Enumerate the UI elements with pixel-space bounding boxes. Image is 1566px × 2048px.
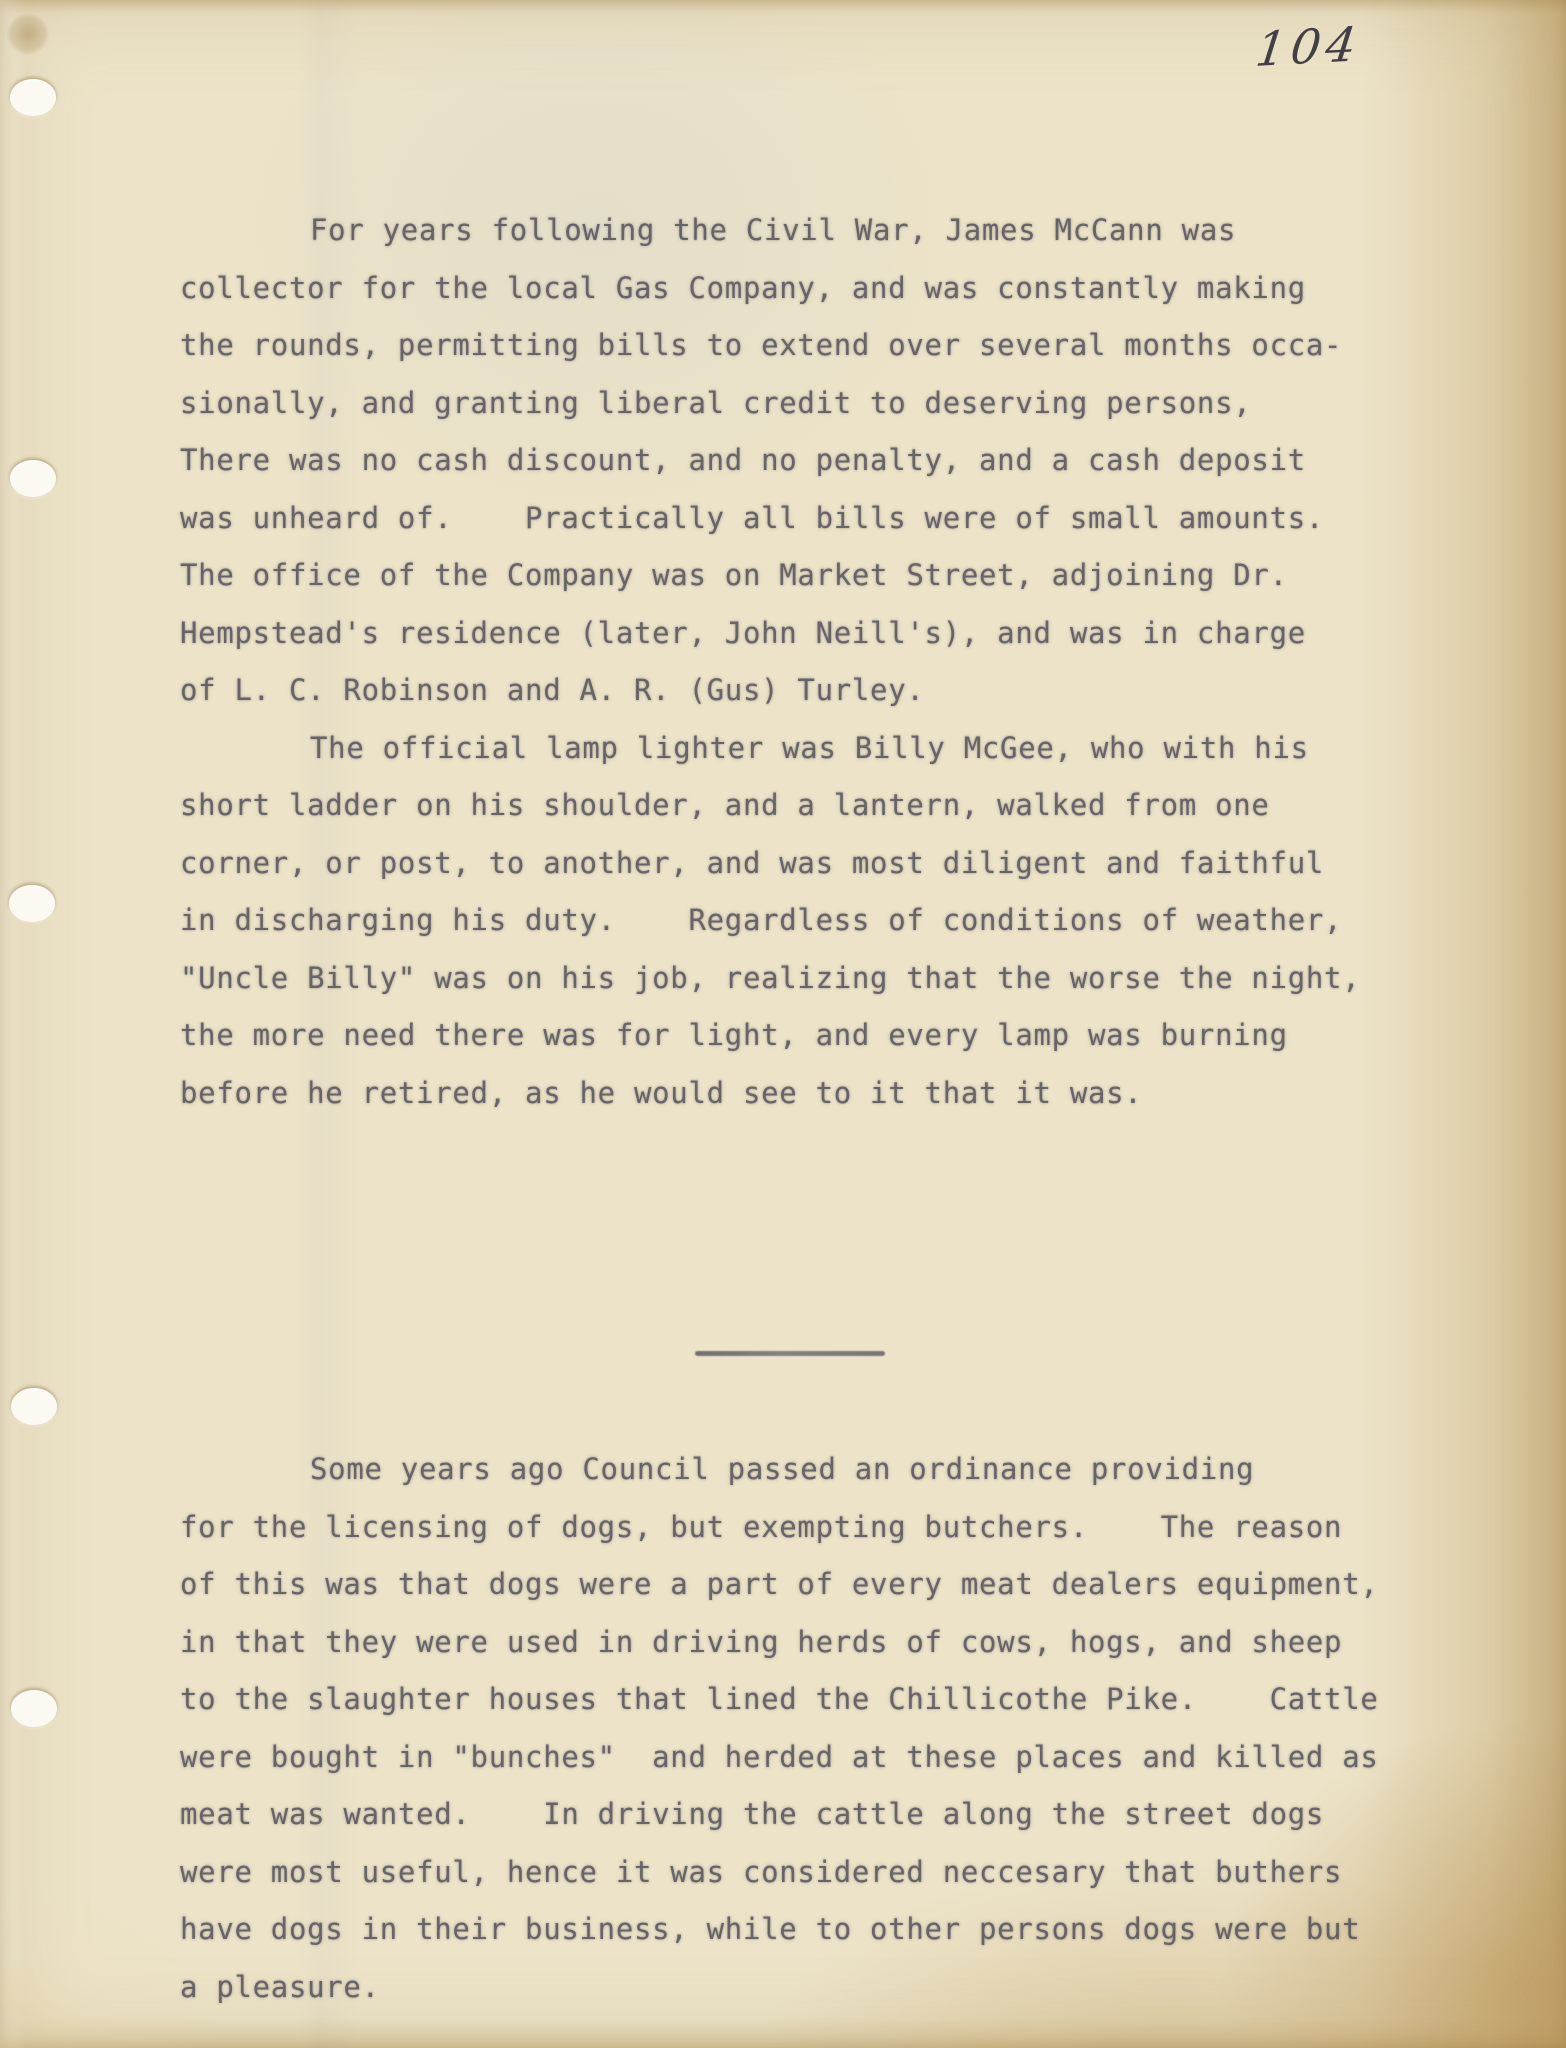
typed-line: for the licensing of dogs, but exempting…	[180, 1499, 1440, 1557]
typed-line: of L. C. Robinson and A. R. (Gus) Turley…	[180, 662, 1440, 720]
typed-line: the more need there was for light, and e…	[180, 1007, 1440, 1065]
typed-line: of this was that dogs were a part of eve…	[180, 1556, 1440, 1614]
typed-line: a pleasure.	[180, 1959, 1440, 2017]
document-page: 104 For years following the Civil War, J…	[0, 0, 1566, 2048]
typed-line: have dogs in their business, while to ot…	[180, 1901, 1440, 1959]
typed-line: before he retired, as he would see to it…	[180, 1065, 1440, 1123]
typed-line: sionally, and granting liberal credit to…	[180, 375, 1440, 433]
page-number: 104	[1253, 17, 1364, 78]
typed-line: to the slaughter houses that lined the C…	[180, 1671, 1440, 1729]
section-divider	[695, 1351, 885, 1356]
typed-text-upper: For years following the Civil War, James…	[180, 202, 1440, 1122]
typed-line: Some years ago Council passed an ordinan…	[180, 1441, 1440, 1499]
punch-hole	[9, 885, 55, 922]
typed-line: in discharging his duty. Regardless of c…	[180, 892, 1440, 950]
typed-line: There was no cash discount, and no penal…	[180, 432, 1440, 490]
typed-line: were most useful, hence it was considere…	[180, 1844, 1440, 1902]
typed-line: "Uncle Billy" was on his job, realizing …	[180, 950, 1440, 1008]
typed-line: was unheard of. Practically all bills we…	[180, 490, 1440, 548]
punch-hole	[11, 1690, 57, 1727]
typed-line: Hempstead's residence (later, John Neill…	[180, 605, 1440, 663]
dog-ordinance-paragraph: Some years ago Council passed an ordinan…	[180, 1441, 1440, 2016]
punch-hole	[11, 1388, 57, 1425]
typed-line: corner, or post, to another, and was mos…	[180, 835, 1440, 893]
punch-hole	[10, 79, 56, 116]
typed-line: short ladder on his shoulder, and a lant…	[180, 777, 1440, 835]
lamp-lighter-paragraph: The official lamp lighter was Billy McGe…	[180, 720, 1440, 1123]
typed-line: For years following the Civil War, James…	[180, 202, 1440, 260]
typed-line: The office of the Company was on Market …	[180, 547, 1440, 605]
typed-line: were bought in "bunches" and herded at t…	[180, 1729, 1440, 1787]
typed-line: meat was wanted. In driving the cattle a…	[180, 1786, 1440, 1844]
typed-line: The official lamp lighter was Billy McGe…	[180, 720, 1440, 778]
typed-line: in that they were used in driving herds …	[180, 1614, 1440, 1672]
typed-line: the rounds, permitting bills to extend o…	[180, 317, 1440, 375]
typed-line: collector for the local Gas Company, and…	[180, 260, 1440, 318]
typed-text-lower: Some years ago Council passed an ordinan…	[180, 1441, 1440, 2016]
gas-company-paragraph: For years following the Civil War, James…	[180, 202, 1440, 720]
punch-hole	[10, 460, 56, 497]
